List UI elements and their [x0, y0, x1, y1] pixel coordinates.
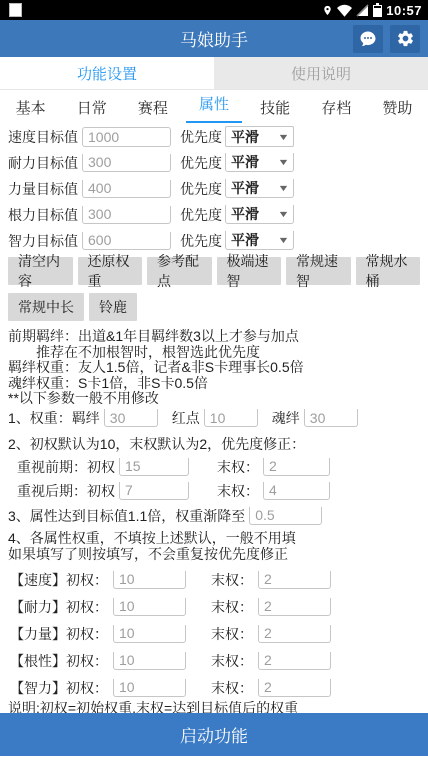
speed-priority-select[interactable]: 平滑▼ [225, 126, 294, 147]
end-weight-label: 末权： [211, 624, 253, 644]
normal-speed-wisdom-button[interactable]: 常规速智 [286, 257, 351, 285]
wisdom-target-label: 智力目标值 [8, 231, 82, 251]
power-end-weight-input[interactable]: 2 [258, 625, 331, 643]
normal-bucket-button[interactable]: 常规水桶 [356, 257, 421, 285]
app-screen: 10:57 马娘助手 功能设置 使用说明 基本 日常 赛程 属性 技能 存档 赞… [0, 0, 428, 762]
sub-tab-bar: 基本 日常 赛程 属性 技能 存档 赞助 [0, 90, 428, 125]
tab-usage-instructions[interactable]: 使用说明 [214, 57, 428, 89]
early-focus-label: 重视前期：初权 [17, 457, 115, 477]
priority-label: 优先度 [180, 127, 222, 147]
chevron-down-icon: ▼ [277, 183, 289, 193]
guts-weight-row: 【根性】 初权： 10 末权： 2 [8, 651, 420, 670]
power-weight-label: 【力量】 [10, 624, 66, 644]
stamina-init-weight-input[interactable]: 10 [113, 598, 186, 616]
guts-priority-select[interactable]: 平滑▼ [225, 205, 294, 224]
end-weight-label: 末权： [211, 678, 253, 698]
guts-end-weight-input[interactable]: 2 [258, 652, 331, 670]
speed-end-weight-input[interactable]: 2 [258, 571, 331, 589]
footer-explanation: 说明:初权=初始权重,末权=达到目标值后的权重 [8, 700, 420, 713]
power-target-input[interactable]: 400 [82, 180, 171, 198]
early-end-weight-label: 末权： [217, 457, 259, 477]
init-weight-label: 初权： [66, 570, 108, 590]
note-soul-weight: 魂绊权重：S卡1倍，非S卡0.5倍 [8, 376, 420, 392]
reference-allocation-button[interactable]: 参考配点 [147, 257, 212, 285]
wisdom-weight-label: 【智力】 [10, 678, 66, 698]
priority-fix-title: 2、初权默认为10，末权默认为2，优先度修正： [8, 437, 420, 453]
settings-form: 速度目标值 1000 优先度 平滑▼ 耐力目标值 300 优先度 平滑▼ 力量目… [0, 125, 428, 713]
power-priority-select[interactable]: 平滑▼ [225, 179, 294, 198]
sub-tab-sponsor[interactable]: 赞助 [367, 90, 428, 125]
bond-weight-input[interactable]: 30 [104, 409, 158, 427]
location-pin-icon [322, 4, 333, 17]
decay-label: 3、属性达到目标值1.1倍，权重渐降至 [8, 506, 245, 526]
guts-target-input[interactable]: 300 [82, 206, 171, 224]
wisdom-weight-row: 【智力】 初权： 10 末权： 2 [8, 678, 420, 697]
stamina-target-label: 耐力目标值 [8, 153, 82, 173]
soul-bond-weight-label: 魂绊 [272, 408, 300, 428]
priority-label: 优先度 [180, 179, 222, 199]
note-early-bond: 前期羁绊：出道&1年目羁绊数3以上才参与加点 [8, 329, 420, 345]
priority-label: 优先度 [180, 231, 222, 251]
stamina-end-weight-input[interactable]: 2 [258, 598, 331, 616]
early-end-weight-input[interactable]: 2 [263, 458, 330, 476]
status-bar: 10:57 [0, 0, 428, 20]
wisdom-init-weight-input[interactable]: 10 [113, 679, 186, 697]
note-params-hint: **以下参数一般不用修改 [8, 391, 420, 407]
normal-medium-long-button[interactable]: 常规中长 [8, 293, 84, 321]
speed-target-label: 速度目标值 [8, 127, 82, 147]
decay-row: 3、属性达到目标值1.1倍，权重渐降至 0.5 [8, 506, 420, 525]
target-row-power: 力量目标值 400 优先度 平滑▼ [8, 179, 420, 198]
no-signal-icon [356, 4, 369, 17]
sub-tab-skills[interactable]: 技能 [245, 90, 306, 125]
target-row-guts: 根力目标值 300 优先度 平滑▼ [8, 205, 420, 224]
priority-label: 优先度 [180, 153, 222, 173]
late-focus-row: 重视后期：初权 7 末权： 4 [8, 481, 420, 500]
init-weight-label: 初权： [66, 624, 108, 644]
speed-weight-label: 【速度】 [10, 570, 66, 590]
suzuka-button[interactable]: 铃鹿 [89, 293, 137, 321]
sub-tab-daily[interactable]: 日常 [61, 90, 122, 125]
late-end-weight-input[interactable]: 4 [263, 482, 330, 500]
chevron-down-icon: ▼ [277, 132, 289, 142]
preset-buttons: 清空内容 还原权重 参考配点 极端速智 常规速智 常规水桶 常规中长 铃鹿 [8, 257, 420, 321]
red-dot-weight-label: 红点 [172, 408, 200, 428]
stamina-weight-label: 【耐力】 [10, 597, 66, 617]
stamina-target-input[interactable]: 300 [82, 154, 171, 172]
sub-tab-basic[interactable]: 基本 [0, 90, 61, 125]
red-dot-weight-input[interactable]: 10 [204, 409, 258, 427]
late-init-weight-input[interactable]: 7 [119, 482, 189, 500]
speed-target-input[interactable]: 1000 [82, 127, 171, 147]
weights-row: 1、权重： 羁绊 30 红点 10 魂绊 30 [8, 409, 420, 428]
note-recommend: 推荐在不加根智时，根智选此优先度 [8, 345, 420, 361]
priority-label: 优先度 [180, 205, 222, 225]
power-target-label: 力量目标值 [8, 179, 82, 199]
power-init-weight-input[interactable]: 10 [113, 625, 186, 643]
init-weight-label: 初权： [66, 678, 108, 698]
attr-weights-line1: 4、各属性权重，不填按上述默认，一般不用填 [8, 531, 420, 547]
guts-weight-label: 【根性】 [10, 651, 66, 671]
gear-icon [396, 29, 415, 48]
target-row-stamina: 耐力目标值 300 优先度 平滑▼ [8, 153, 420, 172]
end-weight-label: 末权： [211, 597, 253, 617]
restore-weights-button[interactable]: 还原权重 [78, 257, 143, 285]
sub-tab-race[interactable]: 赛程 [122, 90, 183, 125]
init-weight-label: 初权： [66, 597, 108, 617]
chevron-down-icon: ▼ [277, 209, 289, 219]
notification-icon [9, 3, 22, 17]
power-weight-row: 【力量】 初权： 10 末权： 2 [8, 624, 420, 643]
stamina-priority-select[interactable]: 平滑▼ [225, 153, 294, 172]
soul-bond-weight-input[interactable]: 30 [304, 409, 358, 427]
init-weight-label: 初权： [66, 651, 108, 671]
early-focus-row: 重视前期：初权 15 末权： 2 [8, 457, 420, 476]
clock: 10:57 [386, 3, 422, 18]
guts-init-weight-input[interactable]: 10 [113, 652, 186, 670]
chevron-down-icon: ▼ [277, 157, 289, 167]
note-bond-weight: 羁绊权重：友人1.5倍，记者&非S卡理事长0.5倍 [8, 360, 420, 376]
top-tab-bar: 功能设置 使用说明 [0, 57, 428, 90]
bond-weight-label: 羁绊 [72, 408, 100, 428]
wisdom-priority-select[interactable]: 平滑▼ [225, 231, 294, 250]
settings-button[interactable] [390, 25, 420, 53]
decay-value-input[interactable]: 0.5 [249, 507, 322, 525]
chevron-down-icon: ▼ [277, 235, 289, 245]
sub-tab-attributes[interactable]: 属性 [183, 90, 244, 125]
sub-tab-save[interactable]: 存档 [306, 90, 367, 125]
target-row-speed: 速度目标值 1000 优先度 平滑▼ [8, 127, 420, 146]
wisdom-end-weight-input[interactable]: 2 [258, 679, 331, 697]
end-weight-label: 末权： [211, 651, 253, 671]
weights-prefix: 1、权重： [8, 408, 72, 428]
stamina-weight-row: 【耐力】 初权： 10 末权： 2 [8, 597, 420, 616]
wifi-icon [337, 4, 352, 17]
guts-target-label: 根力目标值 [8, 205, 82, 225]
chat-button[interactable] [353, 25, 383, 53]
app-bar: 马娘助手 [0, 20, 428, 57]
late-focus-label: 重视后期：初权 [17, 481, 115, 501]
start-function-button[interactable]: 启动功能 [0, 713, 428, 756]
target-row-wisdom: 智力目标值 600 优先度 平滑▼ [8, 231, 420, 250]
chat-bubble-icon [359, 30, 377, 48]
attr-weights-line2: 如果填写了则按填写，不会重复按优先度修正 [8, 547, 420, 563]
speed-weight-row: 【速度】 初权： 10 末权： 2 [8, 570, 420, 589]
tab-function-settings[interactable]: 功能设置 [0, 57, 214, 89]
speed-init-weight-input[interactable]: 10 [113, 571, 186, 589]
extreme-speed-wisdom-button[interactable]: 极端速智 [217, 257, 282, 285]
end-weight-label: 末权： [211, 570, 253, 590]
battery-icon [373, 3, 382, 17]
wisdom-target-input[interactable]: 600 [82, 232, 171, 250]
clear-content-button[interactable]: 清空内容 [8, 257, 73, 285]
early-init-weight-input[interactable]: 15 [119, 458, 189, 476]
late-end-weight-label: 末权： [217, 481, 259, 501]
